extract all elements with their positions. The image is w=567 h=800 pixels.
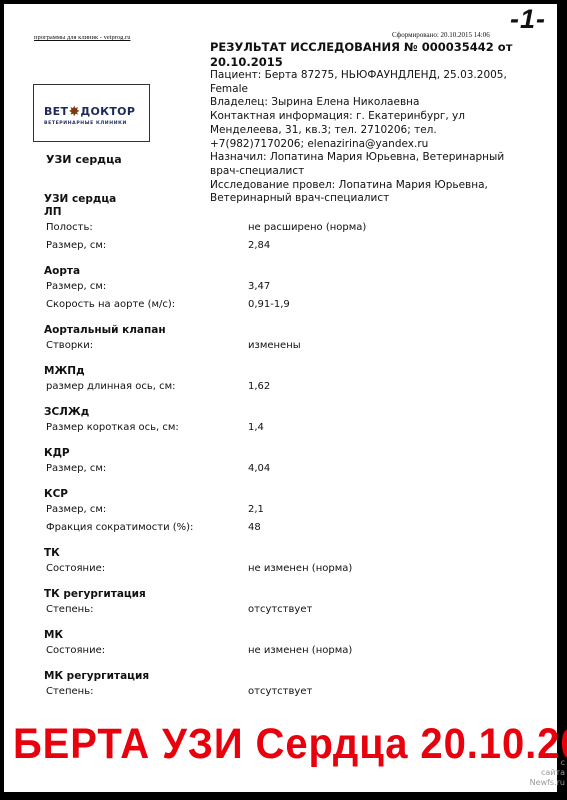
result-row: Состояние:не изменен (норма) [44, 642, 444, 660]
logo-subtitle: ВЕТЕРИНАРНЫЕ КЛИНИКИ [44, 121, 127, 126]
section-title: КДР [44, 447, 444, 460]
section-title: МК [44, 629, 444, 642]
section-title: ТК регургитация [44, 588, 444, 601]
result-value: 1,62 [248, 378, 444, 396]
section-spacer [44, 660, 444, 670]
result-value: 4,04 [248, 460, 444, 478]
contact-info: Контактная информация: г. Екатеринбург, … [210, 110, 530, 151]
result-label: Размер короткая ось, см: [44, 419, 248, 437]
result-label: Полость: [44, 219, 248, 237]
result-row: Фракция сократимости (%):48 [44, 519, 444, 537]
result-label: Створки: [44, 337, 248, 355]
watermark-line: сайта [525, 768, 565, 778]
result-label: Состояние: [44, 642, 248, 660]
result-label: Размер, см: [44, 237, 248, 255]
generated-timestamp: Сформировано: 20.10.2015 14:06 [392, 31, 490, 39]
result-row: Размер короткая ось, см:1,4 [44, 419, 444, 437]
logo-brand: ВЕТ✸ДОКТОР [44, 103, 135, 119]
result-value: не изменен (норма) [248, 642, 444, 660]
section-spacer [44, 578, 444, 588]
section-title: МЖПд [44, 365, 444, 378]
report-header: РЕЗУЛЬТАТ ИССЛЕДОВАНИЯ № 000035442 от 20… [210, 40, 530, 206]
section-spacer [44, 437, 444, 447]
section-title: ЛП [44, 206, 444, 219]
vetprog-link[interactable]: программы для клиник - vetprog.ru [34, 34, 130, 41]
report-title: РЕЗУЛЬТАТ ИССЛЕДОВАНИЯ № 000035442 от 20… [210, 40, 530, 69]
section-title: МК регургитация [44, 670, 444, 683]
result-row: Скорость на аорте (м/с):0,91-1,9 [44, 296, 444, 314]
results-title: УЗИ сердца [44, 193, 444, 206]
result-label: Размер, см: [44, 460, 248, 478]
logo-brand-right: ДОКТОР [80, 105, 135, 118]
dog-star-icon: ✸ [68, 104, 80, 120]
result-row: Размер, см:2,1 [44, 501, 444, 519]
section-spacer [44, 255, 444, 265]
results-sections: ЛППолость:не расширено (норма)Размер, см… [44, 206, 444, 701]
result-label: Фракция сократимости (%): [44, 519, 248, 537]
result-row: Состояние:не изменен (норма) [44, 560, 444, 578]
result-row: Степень:отсутствует [44, 683, 444, 701]
section-spacer [44, 537, 444, 547]
section-title: КСР [44, 488, 444, 501]
result-label: Степень: [44, 601, 248, 619]
section-spacer [44, 619, 444, 629]
section-spacer [44, 314, 444, 324]
result-row: Полость:не расширено (норма) [44, 219, 444, 237]
result-value: 3,47 [248, 278, 444, 296]
result-value: 1,4 [248, 419, 444, 437]
site-watermark: с сайта Newfs.ru [525, 758, 565, 788]
result-row: размер длинная ось, см:1,62 [44, 378, 444, 396]
result-value: 0,91-1,9 [248, 296, 444, 314]
result-value: не расширено (норма) [248, 219, 444, 237]
section-spacer [44, 396, 444, 406]
section-title: ТК [44, 547, 444, 560]
study-name: УЗИ сердца [46, 153, 122, 166]
section-title: Аорта [44, 265, 444, 278]
page-number: -1- [510, 4, 546, 35]
result-value: 2,1 [248, 501, 444, 519]
result-row: Размер, см:3,47 [44, 278, 444, 296]
result-label: Степень: [44, 683, 248, 701]
result-label: Скорость на аорте (м/с): [44, 296, 248, 314]
result-row: Размер, см:4,04 [44, 460, 444, 478]
result-value: отсутствует [248, 601, 444, 619]
result-value: не изменен (норма) [248, 560, 444, 578]
section-spacer [44, 478, 444, 488]
result-label: Размер, см: [44, 278, 248, 296]
result-row: Размер, см:2,84 [44, 237, 444, 255]
document-page: программы для клиник - vetprog.ru Сформи… [4, 4, 557, 792]
section-title: Аортальный клапан [44, 324, 444, 337]
result-value: отсутствует [248, 683, 444, 701]
result-label: размер длинная ось, см: [44, 378, 248, 396]
result-row: Створки:изменены [44, 337, 444, 355]
result-value: изменены [248, 337, 444, 355]
result-value: 48 [248, 519, 444, 537]
caption-banner: БЕРТА УЗИ Сердца 20.10.2015 [13, 720, 567, 769]
result-value: 2,84 [248, 237, 444, 255]
results-block: УЗИ сердца ЛППолость:не расширено (норма… [44, 193, 444, 701]
section-spacer [44, 355, 444, 365]
result-label: Состояние: [44, 560, 248, 578]
patient-info: Пациент: Берта 87275, НЬЮФАУНДЛЕНД, 25.0… [210, 69, 530, 96]
watermark-line: с [525, 758, 565, 768]
assigned-by: Назначил: Лопатина Мария Юрьевна, Ветери… [210, 151, 530, 178]
logo-brand-left: ВЕТ [44, 105, 68, 118]
watermark-line: Newfs.ru [525, 778, 565, 788]
section-title: ЗСЛЖд [44, 406, 444, 419]
owner-info: Владелец: Зырина Елена Николаевна [210, 96, 530, 110]
result-label: Размер, см: [44, 501, 248, 519]
clinic-logo: ВЕТ✸ДОКТОР ВЕТЕРИНАРНЫЕ КЛИНИКИ [33, 84, 150, 142]
result-row: Степень:отсутствует [44, 601, 444, 619]
